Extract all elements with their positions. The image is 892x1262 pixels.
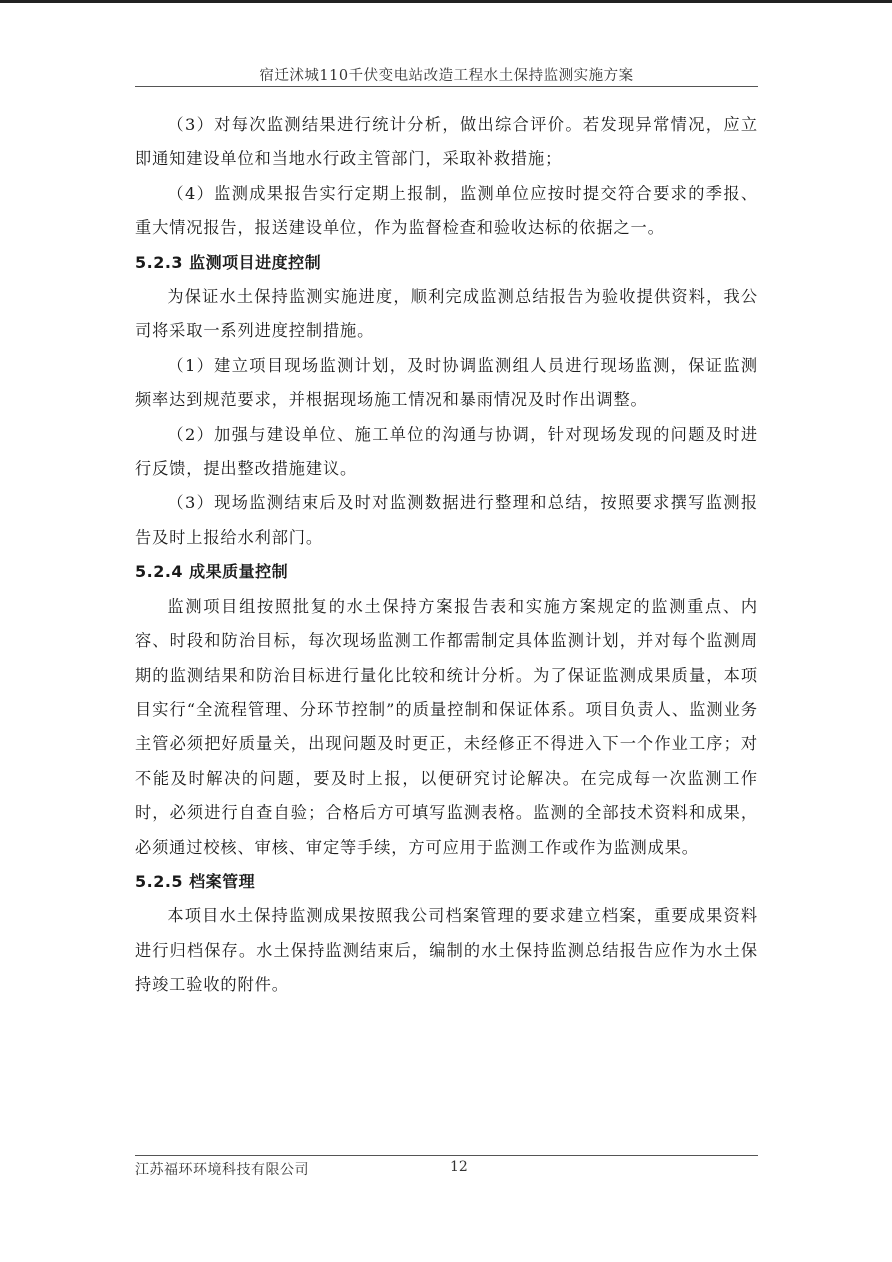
running-header-title: 宿迁沭城110千伏变电站改造工程水土保持监测实施方案: [135, 64, 758, 85]
paragraph-progress-item-2: （2）加强与建设单位、施工单位的沟通与协调，针对现场发现的问题及时进行反馈，提出…: [135, 418, 758, 487]
section-heading-5-2-3: 5.2.3 监测项目进度控制: [135, 246, 758, 280]
page-number: 12: [450, 1159, 468, 1175]
section-heading-5-2-5: 5.2.5 档案管理: [135, 865, 758, 899]
paragraph-progress-intro: 为保证水土保持监测实施进度，顺利完成监测总结报告为验收提供资料，我公司将采取一系…: [135, 280, 758, 349]
footer-divider: [135, 1155, 758, 1156]
header-divider: [135, 86, 758, 87]
paragraph-item-3-evaluation: （3）对每次监测结果进行统计分析，做出综合评价。若发现异常情况，应立即通知建设单…: [135, 108, 758, 177]
paragraph-item-4-reporting: （4）监测成果报告实行定期上报制，监测单位应按时提交符合要求的季报、重大情况报告…: [135, 177, 758, 246]
page-body: （3）对每次监测结果进行统计分析，做出综合评价。若发现异常情况，应立即通知建设单…: [135, 108, 758, 1003]
paragraph-progress-item-1: （1）建立项目现场监测计划，及时协调监测组人员进行现场监测，保证监测频率达到规范…: [135, 349, 758, 418]
paragraph-progress-item-3: （3）现场监测结束后及时对监测数据进行整理和总结，按照要求撰写监测报告及时上报给…: [135, 486, 758, 555]
paragraph-archive-management: 本项目水土保持监测成果按照我公司档案管理的要求建立档案，重要成果资料进行归档保存…: [135, 899, 758, 1002]
section-heading-5-2-4: 5.2.4 成果质量控制: [135, 555, 758, 589]
footer-company-name: 江苏福环环境科技有限公司: [135, 1159, 309, 1179]
paragraph-quality-control: 监测项目组按照批复的水土保持方案报告表和实施方案规定的监测重点、内容、时段和防治…: [135, 590, 758, 865]
page-top-border: [0, 0, 892, 3]
